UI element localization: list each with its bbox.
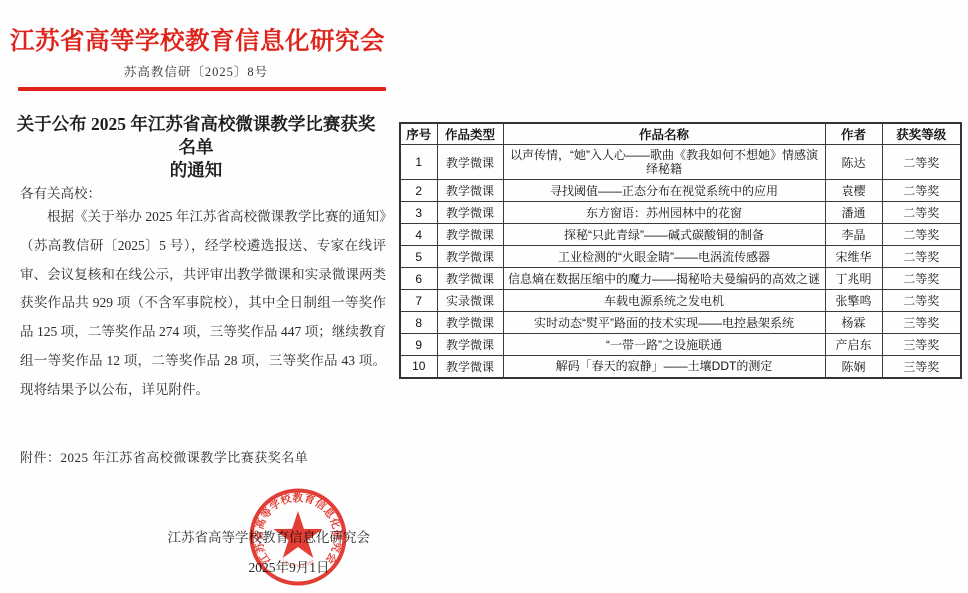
table-row: 1教学微课以声传情，“她”入人心——歌曲《教我如何不想她》情感演绎秘籍陈达二等奖 xyxy=(400,145,961,180)
column-header: 作者 xyxy=(825,123,882,145)
cell-index: 3 xyxy=(400,202,437,224)
cell-author: 潘通 xyxy=(825,202,882,224)
cell-type: 教学微课 xyxy=(437,312,503,334)
table-row: 2教学微课寻找阈值——正态分布在视觉系统中的应用袁樱二等奖 xyxy=(400,180,961,202)
notice-title-line2: 的通知 xyxy=(14,159,378,182)
cell-author: 袁樱 xyxy=(825,180,882,202)
column-header: 序号 xyxy=(400,123,437,145)
cell-award: 三等奖 xyxy=(882,356,961,378)
cell-author: 丁兆明 xyxy=(825,268,882,290)
body-paragraph: 根据《关于举办 2025 年江苏省高校微课教学比赛的通知》（苏高教信研〔2025… xyxy=(20,203,386,405)
table-header-row: 序号作品类型作品名称作者获奖等级 xyxy=(400,123,961,145)
cell-index: 10 xyxy=(400,356,437,378)
document-scan-page: 江苏省高等学校教育信息化研究会 苏高教信研〔2025〕8号 关于公布 2025 … xyxy=(0,0,968,593)
cell-type: 教学微课 xyxy=(437,334,503,356)
cell-title: 寻找阈值——正态分布在视觉系统中的应用 xyxy=(503,180,825,202)
table-row: 3教学微课东方窗语：苏州园林中的花窗潘通二等奖 xyxy=(400,202,961,224)
salutation: 各有关高校： xyxy=(20,182,101,202)
cell-type: 教学微课 xyxy=(437,145,503,180)
table-row: 4教学微课探秘“只此青绿”——碱式碳酸铜的制备李晶二等奖 xyxy=(400,224,961,246)
table-row: 8教学微课实时动态“熨平”路面的技术实现——电控悬架系统杨霖三等奖 xyxy=(400,312,961,334)
cell-award: 二等奖 xyxy=(882,290,961,312)
table-row: 7实录微课车载电源系统之发电机张擎鸣二等奖 xyxy=(400,290,961,312)
cell-author: 杨霖 xyxy=(825,312,882,334)
table-row: 5教学微课工业检测的“火眼金睛”——电涡流传感器宋维华二等奖 xyxy=(400,246,961,268)
cell-title: 信息熵在数据压缩中的魔力——揭秘哈夫曼编码的高效之谜 xyxy=(503,268,825,290)
seal-star-icon xyxy=(273,511,322,558)
table-row: 6教学微课信息熵在数据压缩中的魔力——揭秘哈夫曼编码的高效之谜丁兆明二等奖 xyxy=(400,268,961,290)
cell-type: 教学微课 xyxy=(437,224,503,246)
column-header: 获奖等级 xyxy=(882,123,961,145)
cell-award: 二等奖 xyxy=(882,246,961,268)
cell-award: 二等奖 xyxy=(882,268,961,290)
document-number: 苏高教信研〔2025〕8号 xyxy=(0,62,392,80)
cell-type: 教学微课 xyxy=(437,202,503,224)
letterhead-divider xyxy=(18,87,386,91)
cell-index: 1 xyxy=(400,145,437,180)
cell-author: 宋维华 xyxy=(825,246,882,268)
cell-title: 工业检测的“火眼金睛”——电涡流传感器 xyxy=(503,246,825,268)
cell-index: 4 xyxy=(400,224,437,246)
cell-index: 9 xyxy=(400,334,437,356)
cell-award: 二等奖 xyxy=(882,180,961,202)
cell-index: 2 xyxy=(400,180,437,202)
notice-title: 关于公布 2025 年江苏省高校微课教学比赛获奖名单 的通知 xyxy=(14,113,378,182)
letterhead-org-name: 江苏省高等学校教育信息化研究会 xyxy=(10,22,382,57)
cell-title: “一带一路”之设施联通 xyxy=(503,334,825,356)
cell-index: 8 xyxy=(400,312,437,334)
cell-author: 陈达 xyxy=(825,145,882,180)
cell-title: 以声传情，“她”入人心——歌曲《教我如何不想她》情感演绎秘籍 xyxy=(503,145,825,180)
cell-index: 6 xyxy=(400,268,437,290)
column-header: 作品名称 xyxy=(503,123,825,145)
cell-type: 教学微课 xyxy=(437,356,503,378)
table-row: 10教学微课解码「春天的寂静」——土壤DDT的测定陈娴三等奖 xyxy=(400,356,961,378)
award-table: 序号作品类型作品名称作者获奖等级 1教学微课以声传情，“她”入人心——歌曲《教我… xyxy=(399,122,962,379)
notice-title-line1: 关于公布 2025 年江苏省高校微课教学比赛获奖名单 xyxy=(14,113,378,159)
cell-type: 实录微课 xyxy=(437,290,503,312)
cell-author: 产启东 xyxy=(825,334,882,356)
cell-author: 陈娴 xyxy=(825,356,882,378)
cell-title: 探秘“只此青绿”——碱式碳酸铜的制备 xyxy=(503,224,825,246)
cell-title: 实时动态“熨平”路面的技术实现——电控悬架系统 xyxy=(503,312,825,334)
cell-award: 二等奖 xyxy=(882,224,961,246)
official-seal-icon: 江苏省高等学校教育信息化研究会 3201061197592 xyxy=(248,487,348,587)
cell-award: 三等奖 xyxy=(882,312,961,334)
cell-index: 5 xyxy=(400,246,437,268)
cell-award: 三等奖 xyxy=(882,334,961,356)
seal-serial: 3201061197592 xyxy=(281,558,316,568)
cell-title: 东方窗语：苏州园林中的花窗 xyxy=(503,202,825,224)
cell-type: 教学微课 xyxy=(437,268,503,290)
cell-type: 教学微课 xyxy=(437,246,503,268)
table-row: 9教学微课“一带一路”之设施联通产启东三等奖 xyxy=(400,334,961,356)
cell-title: 解码「春天的寂静」——土壤DDT的测定 xyxy=(503,356,825,378)
cell-award: 二等奖 xyxy=(882,145,961,180)
attachment-line: 附件：2025 年江苏省高校微课教学比赛获奖名单 xyxy=(20,447,308,466)
cell-index: 7 xyxy=(400,290,437,312)
cell-award: 二等奖 xyxy=(882,202,961,224)
cell-author: 张擎鸣 xyxy=(825,290,882,312)
cell-title: 车载电源系统之发电机 xyxy=(503,290,825,312)
notice-document: 江苏省高等学校教育信息化研究会 苏高教信研〔2025〕8号 关于公布 2025 … xyxy=(0,0,392,593)
award-table-body: 1教学微课以声传情，“她”入人心——歌曲《教我如何不想她》情感演绎秘籍陈达二等奖… xyxy=(400,145,961,378)
column-header: 作品类型 xyxy=(437,123,503,145)
cell-author: 李晶 xyxy=(825,224,882,246)
cell-type: 教学微课 xyxy=(437,180,503,202)
